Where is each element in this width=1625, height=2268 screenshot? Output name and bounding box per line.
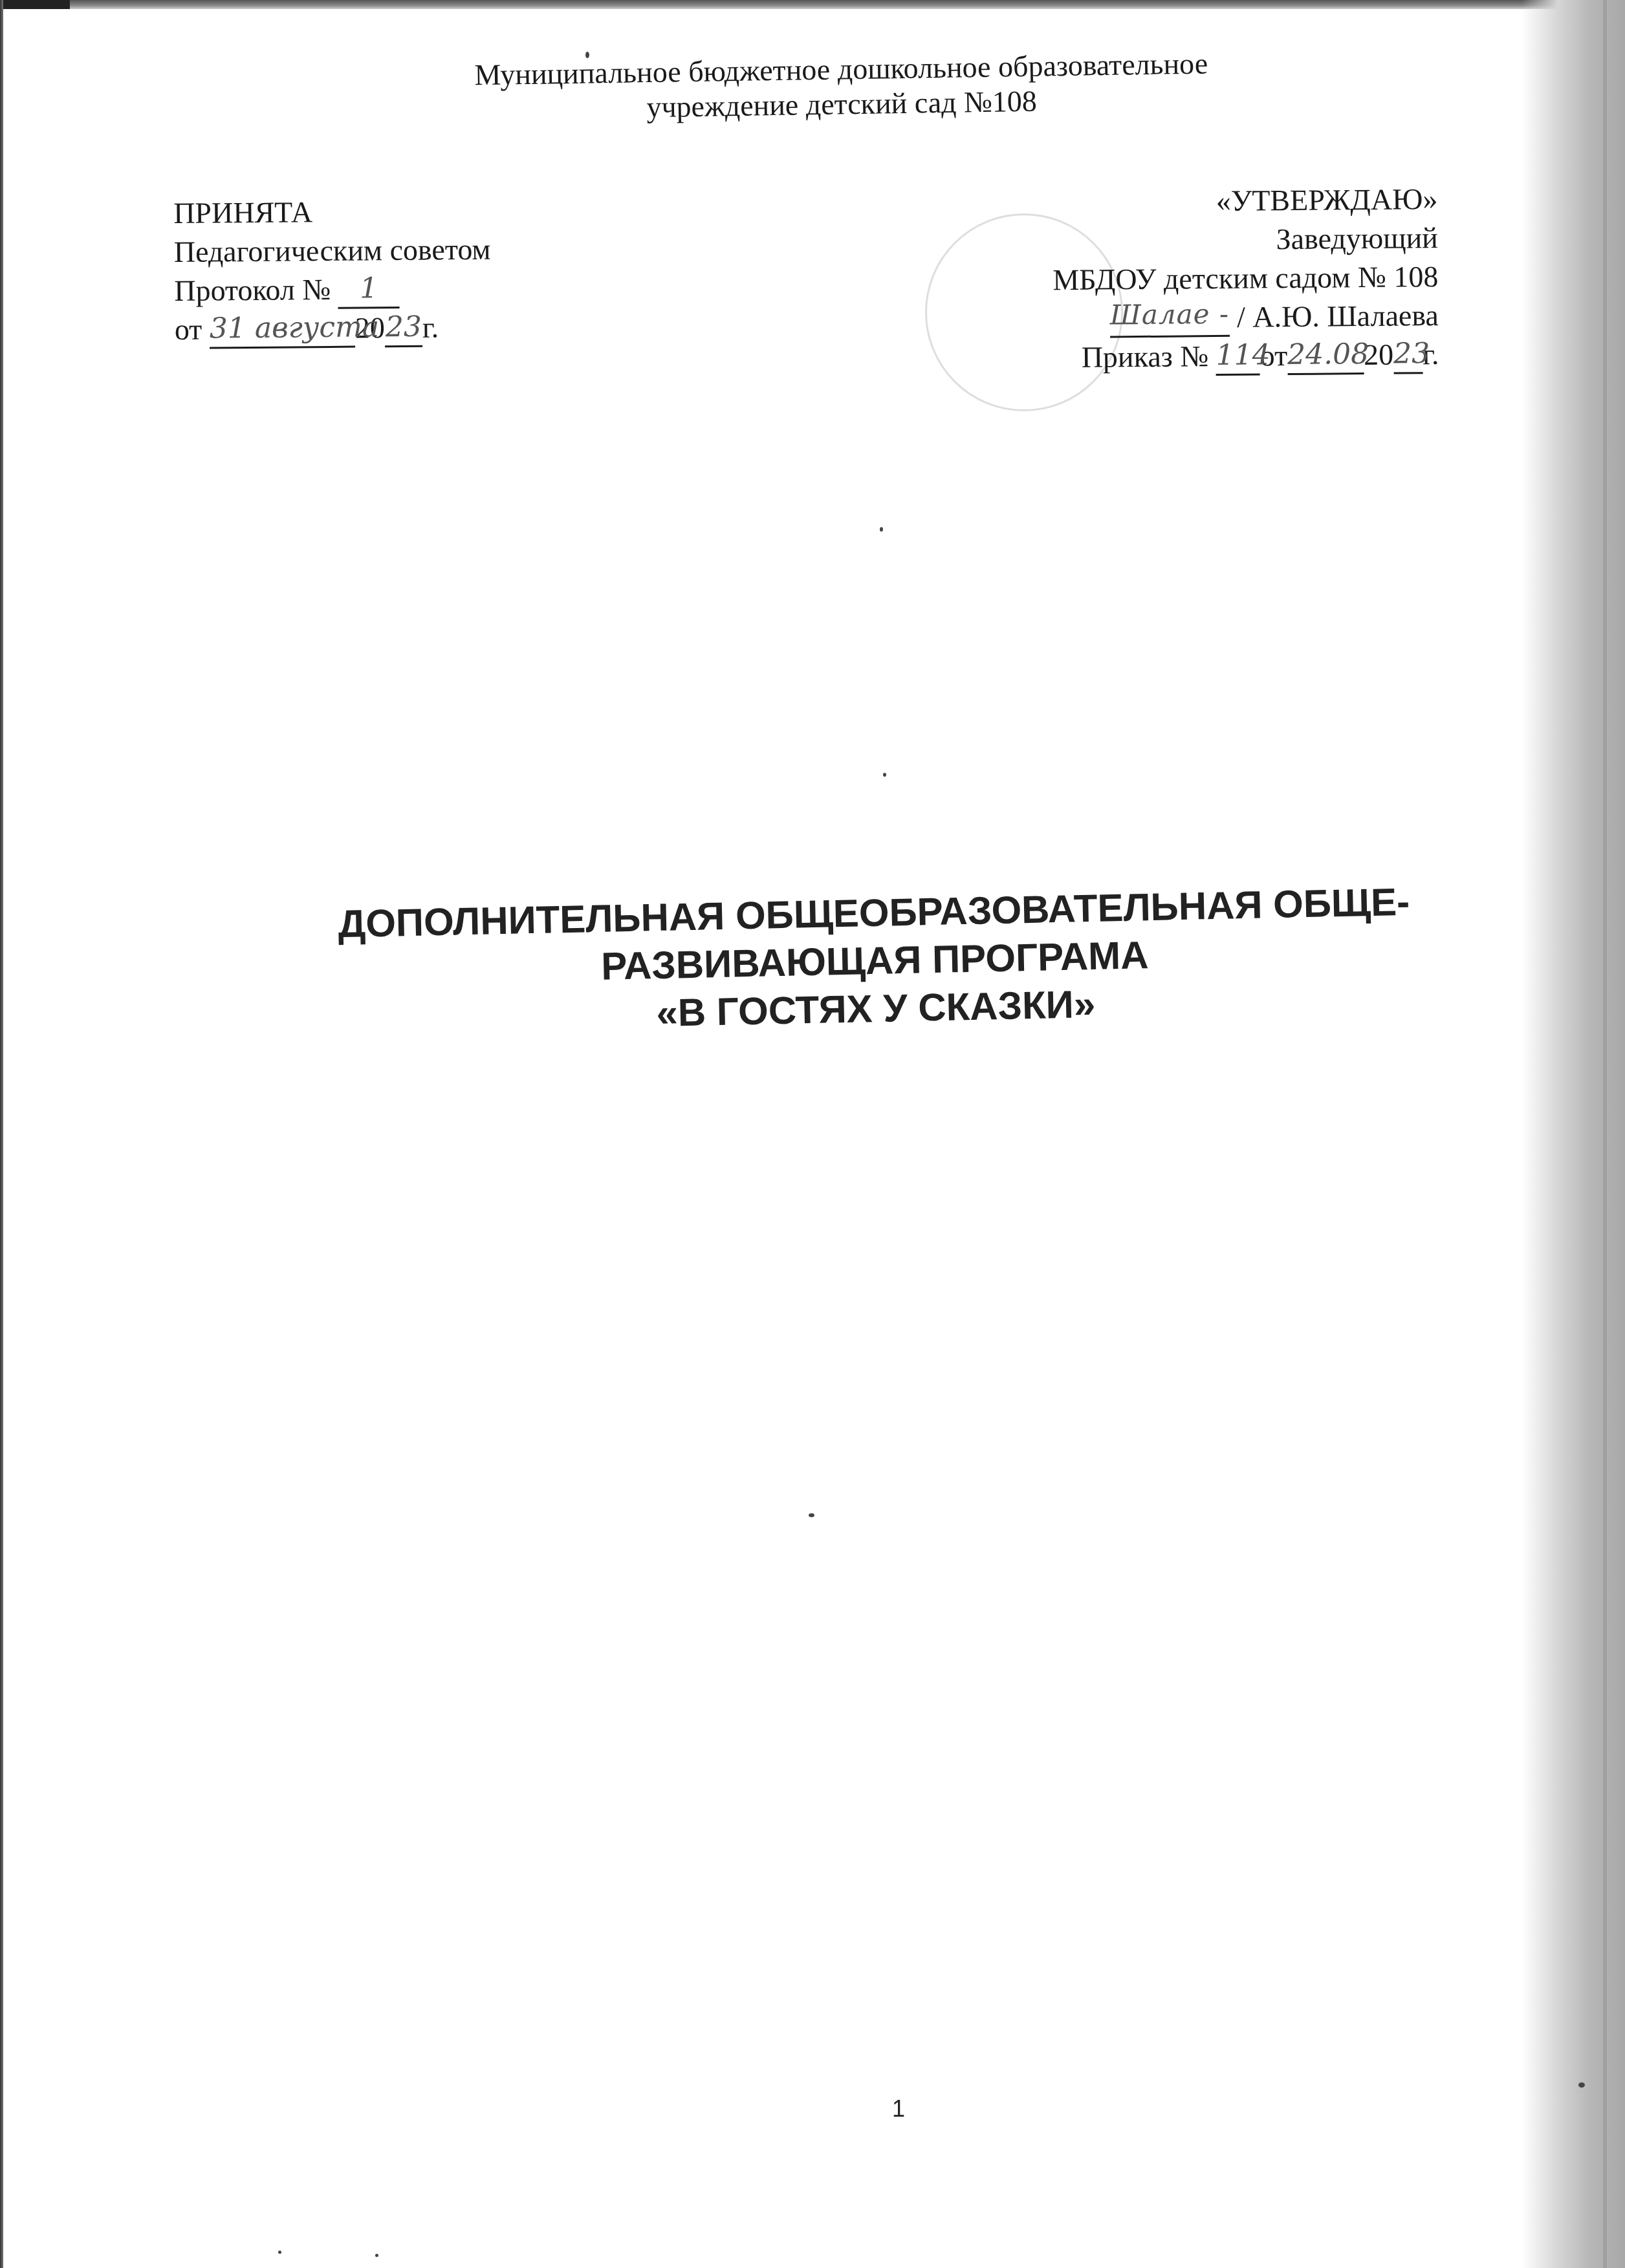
year-suffix: 23: [385, 308, 423, 347]
date-day-month: 31 августа: [210, 308, 356, 349]
scan-speck: [809, 1513, 814, 1517]
protocol-number-blank: 1: [338, 274, 399, 309]
approved-block: «УТВЕРЖДАЮ» Заведующий МБДОУ детским сад…: [1052, 180, 1439, 377]
date-prefix: от: [175, 313, 202, 346]
program-title: ДОПОЛНИТЕЛЬНАЯ ОБЩЕОБРАЗОВАТЕЛЬНАЯ ОБЩЕ-…: [181, 875, 1568, 1048]
signature-line: Шалае - / А.Ю. Шалаева: [1053, 296, 1439, 338]
approver-position: Заведующий: [1052, 219, 1438, 261]
protocol-date-line: от 31 августа 20 23 г.: [175, 308, 492, 349]
order-number: 114: [1216, 336, 1260, 375]
protocol-label: Протокол №: [174, 273, 331, 307]
organization-header: Муниципальное бюджетное дошкольное образ…: [362, 45, 1321, 129]
signatory-name: / А.Ю. Шалаева: [1237, 299, 1439, 334]
scan-speck: [883, 773, 886, 777]
year-blank: 23: [385, 313, 422, 348]
order-year-suffix: 23: [1393, 334, 1423, 373]
date-blank: 31 августа: [210, 314, 355, 349]
scan-speck: [1578, 2082, 1585, 2088]
order-year-blank: 23: [1393, 340, 1423, 374]
scan-speck: [585, 52, 589, 58]
page-number: 1: [892, 2095, 905, 2122]
accepted-title: ПРИНЯТА: [173, 191, 490, 233]
accepted-by: Педагогическим советом: [174, 230, 491, 272]
order-label: Приказ №: [1081, 340, 1208, 374]
scan-speck: [880, 527, 883, 532]
scan-speck: [375, 2254, 378, 2257]
handwritten-signature: Шалае -: [1109, 295, 1230, 335]
approved-title: «УТВЕРЖДАЮ»: [1052, 180, 1438, 222]
approver-institution: МБДОУ детским садом № 108: [1052, 257, 1439, 299]
protocol-number: 1: [338, 269, 400, 308]
protocol-line: Протокол № 1: [174, 269, 491, 310]
signature-blank: Шалае -: [1109, 303, 1229, 338]
scan-speck: [278, 2251, 281, 2254]
accepted-block: ПРИНЯТА Педагогическим советом Протокол …: [173, 191, 492, 349]
document-page: Муниципальное бюджетное дошкольное образ…: [0, 0, 1625, 2268]
order-date-blank: 24.08: [1287, 340, 1364, 375]
order-line: Приказ № 114 от 24.08 20 23 г.: [1053, 335, 1439, 377]
order-date: 24.08: [1287, 335, 1364, 374]
order-number-blank: 114: [1216, 341, 1260, 376]
year-unit: г.: [422, 310, 439, 343]
